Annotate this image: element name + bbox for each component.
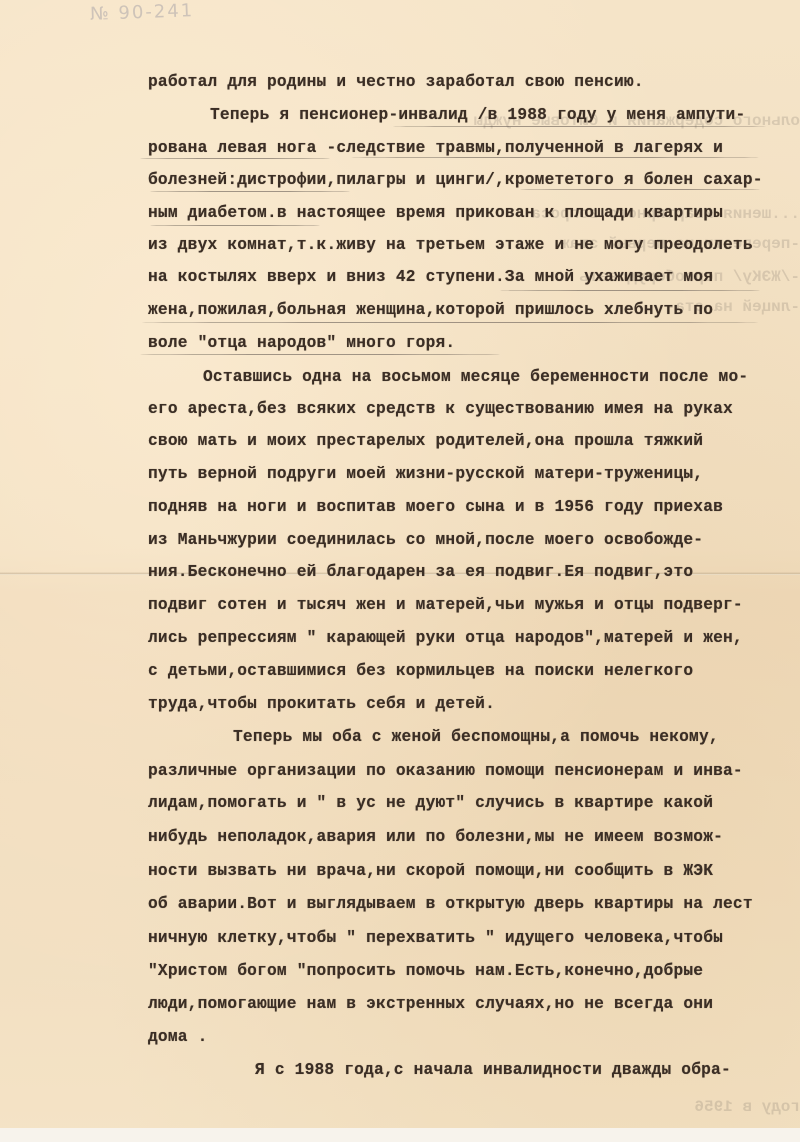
text-line: труда,чтобы прокитать себя и детей. (148, 695, 495, 713)
archive-mark: № 90-241 (90, 0, 195, 25)
pencil-underline (140, 158, 330, 159)
text-line: Я с 1988 года,с начала инвалидности дваж… (255, 1061, 731, 1079)
pencil-underline (140, 354, 500, 355)
text-line: "Христом богом "попросить помочь нам.Ест… (148, 962, 703, 980)
text-line: из Маньчжурии соединилась со мной,после … (148, 531, 703, 549)
text-line: лидам,помогать и " в ус не дуют" случись… (148, 794, 713, 812)
text-line: ности вызвать ни врача,ни скорой помощи,… (148, 862, 713, 880)
pencil-underline (500, 290, 760, 291)
text-line: ным диабетом.в настоящее время прикован … (148, 204, 723, 222)
text-line: люди,помогающие нам в экстренных случаях… (148, 995, 713, 1013)
pencil-underline (350, 157, 760, 158)
text-line: путь верной подруги моей жизни-русской м… (148, 465, 703, 483)
text-line: подняв на ноги и воспитав моего сына и в… (148, 498, 723, 516)
text-line: Оставшись одна на восьмом месяце беремен… (203, 368, 748, 386)
text-line: лись репрессиям " карающей руки отца нар… (148, 629, 743, 647)
text-line: подвиг сотен и тысяч жен и матерей,чьи м… (148, 596, 743, 614)
text-line: Теперь мы оба с женой беспомощны,а помоч… (233, 728, 719, 746)
text-line: Теперь я пенсионер-инвалид /в 1988 году … (210, 106, 745, 124)
text-line: об аварии.Вот и выглядываем в открытую д… (148, 895, 753, 913)
text-line: из двух комнат,т.к.живу на третьем этаже… (148, 236, 753, 254)
text-line: работал для родины и честно заработал св… (148, 73, 644, 91)
text-line: различные организации по оказанию помощи… (148, 762, 743, 780)
pencil-underline (150, 191, 350, 192)
text-line: ния.Бесконечно ей благодарен за ея подви… (148, 563, 693, 581)
text-line: болезней:дистрофии,пилагры и цинги/,кром… (148, 171, 763, 189)
text-line: рована левая нога -следствие травмы,полу… (148, 139, 723, 157)
text-line: нибудь неполадок,авария или по болезни,м… (148, 828, 723, 846)
paper-bottom-edge (0, 1128, 800, 1142)
pencil-underline (140, 322, 760, 323)
text-line: на костылях вверх и вниз 42 ступени.За м… (148, 268, 713, 286)
text-line: с детьми,оставшимися без кормильцев на п… (148, 662, 693, 680)
pencil-underline (520, 189, 760, 190)
text-line: воле "отца народов" много горя. (148, 334, 455, 352)
pencil-underline (150, 225, 320, 226)
text-line: его ареста,без всяких средств к существо… (148, 400, 733, 418)
text-line: свою мать и моих престарелых родителей,о… (148, 432, 703, 450)
pencil-underline (392, 126, 767, 127)
text-line: дома . (148, 1028, 208, 1046)
text-line: ничную клетку,чтобы " перехватить " идущ… (148, 929, 723, 947)
text-line: жена,пожилая,больная женщина,которой при… (148, 301, 713, 319)
